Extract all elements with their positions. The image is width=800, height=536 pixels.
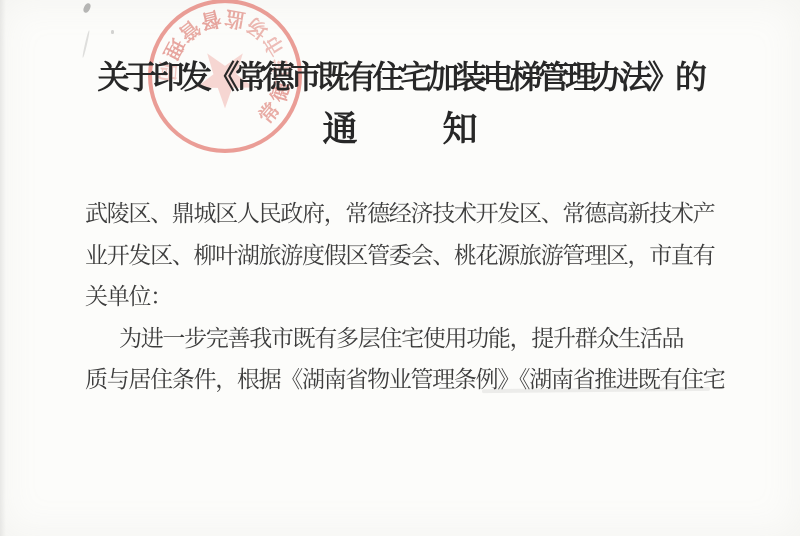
addressee-line: 业开发区、柳叶湖旅游度假区管委会、桃花源旅游管理区，市直有	[85, 236, 733, 278]
notice-title-line1: 关于印发《常德市既有住宅加装电梯管理办法》的	[0, 57, 800, 97]
addressee-line: 关单位：	[85, 277, 733, 319]
scanned-document-page: 局 理 管 督 监 场 市 市 德 常 关于印发《常德市既有住宅加装电梯管理办法…	[0, 0, 800, 536]
scan-speck	[82, 30, 90, 58]
addressee-line: 武陵区、鼎城区人民政府，常德经济技术开发区、常德高新技术产	[85, 194, 733, 236]
title-char-zhi: 知	[443, 110, 478, 150]
title-char-tong: 通	[322, 110, 357, 150]
body-paragraph-line: 质与居住条件，根据《湖南省物业管理条例》《湖南省推进既有住宅	[85, 360, 733, 402]
scan-speck	[82, 2, 92, 14]
seal-char: 监	[223, 6, 247, 33]
notice-body: 武陵区、鼎城区人民政府，常德经济技术开发区、常德高新技术产 业开发区、柳叶湖旅游…	[85, 194, 733, 402]
notice-title-line2: 通 知	[0, 110, 800, 150]
body-paragraph-line: 为进一步完善我市既有多层住宅使用功能，提升群众生活品	[85, 319, 733, 361]
scan-speck	[111, 30, 114, 34]
